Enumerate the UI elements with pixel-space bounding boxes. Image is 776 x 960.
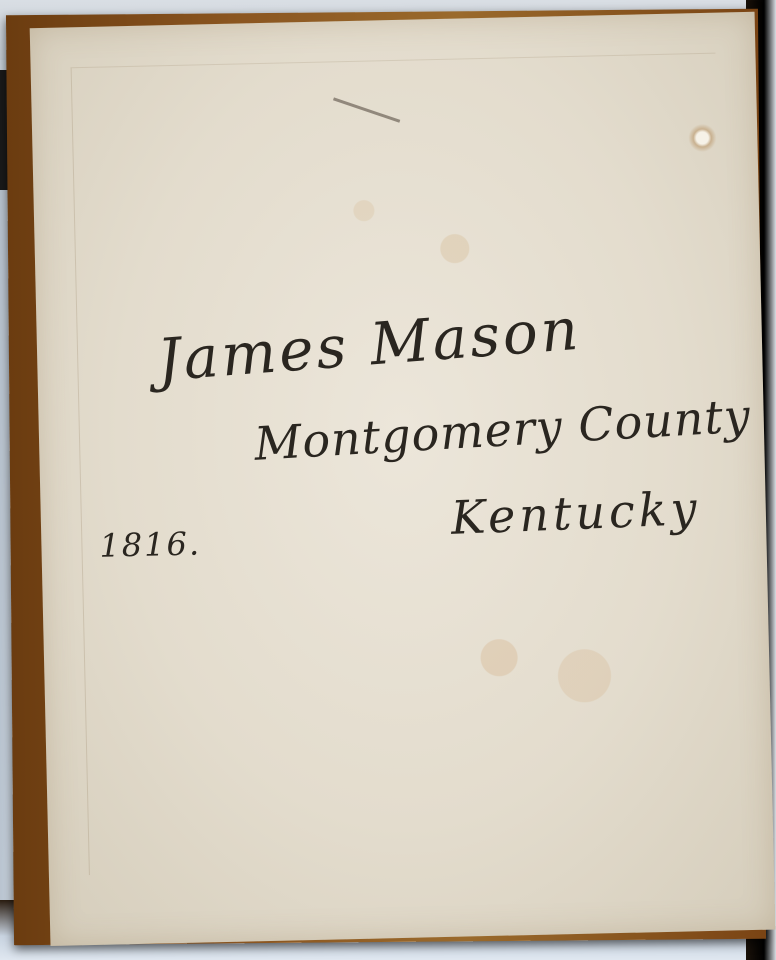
endpaper-page: James Mason Montgomery County Kentucky 1… bbox=[30, 12, 776, 946]
inscription-year: 1816. bbox=[99, 524, 201, 564]
inscription-state: Kentucky bbox=[450, 481, 702, 545]
paste-down-edge bbox=[71, 53, 734, 875]
book-cover-binding: James Mason Montgomery County Kentucky 1… bbox=[6, 9, 766, 946]
